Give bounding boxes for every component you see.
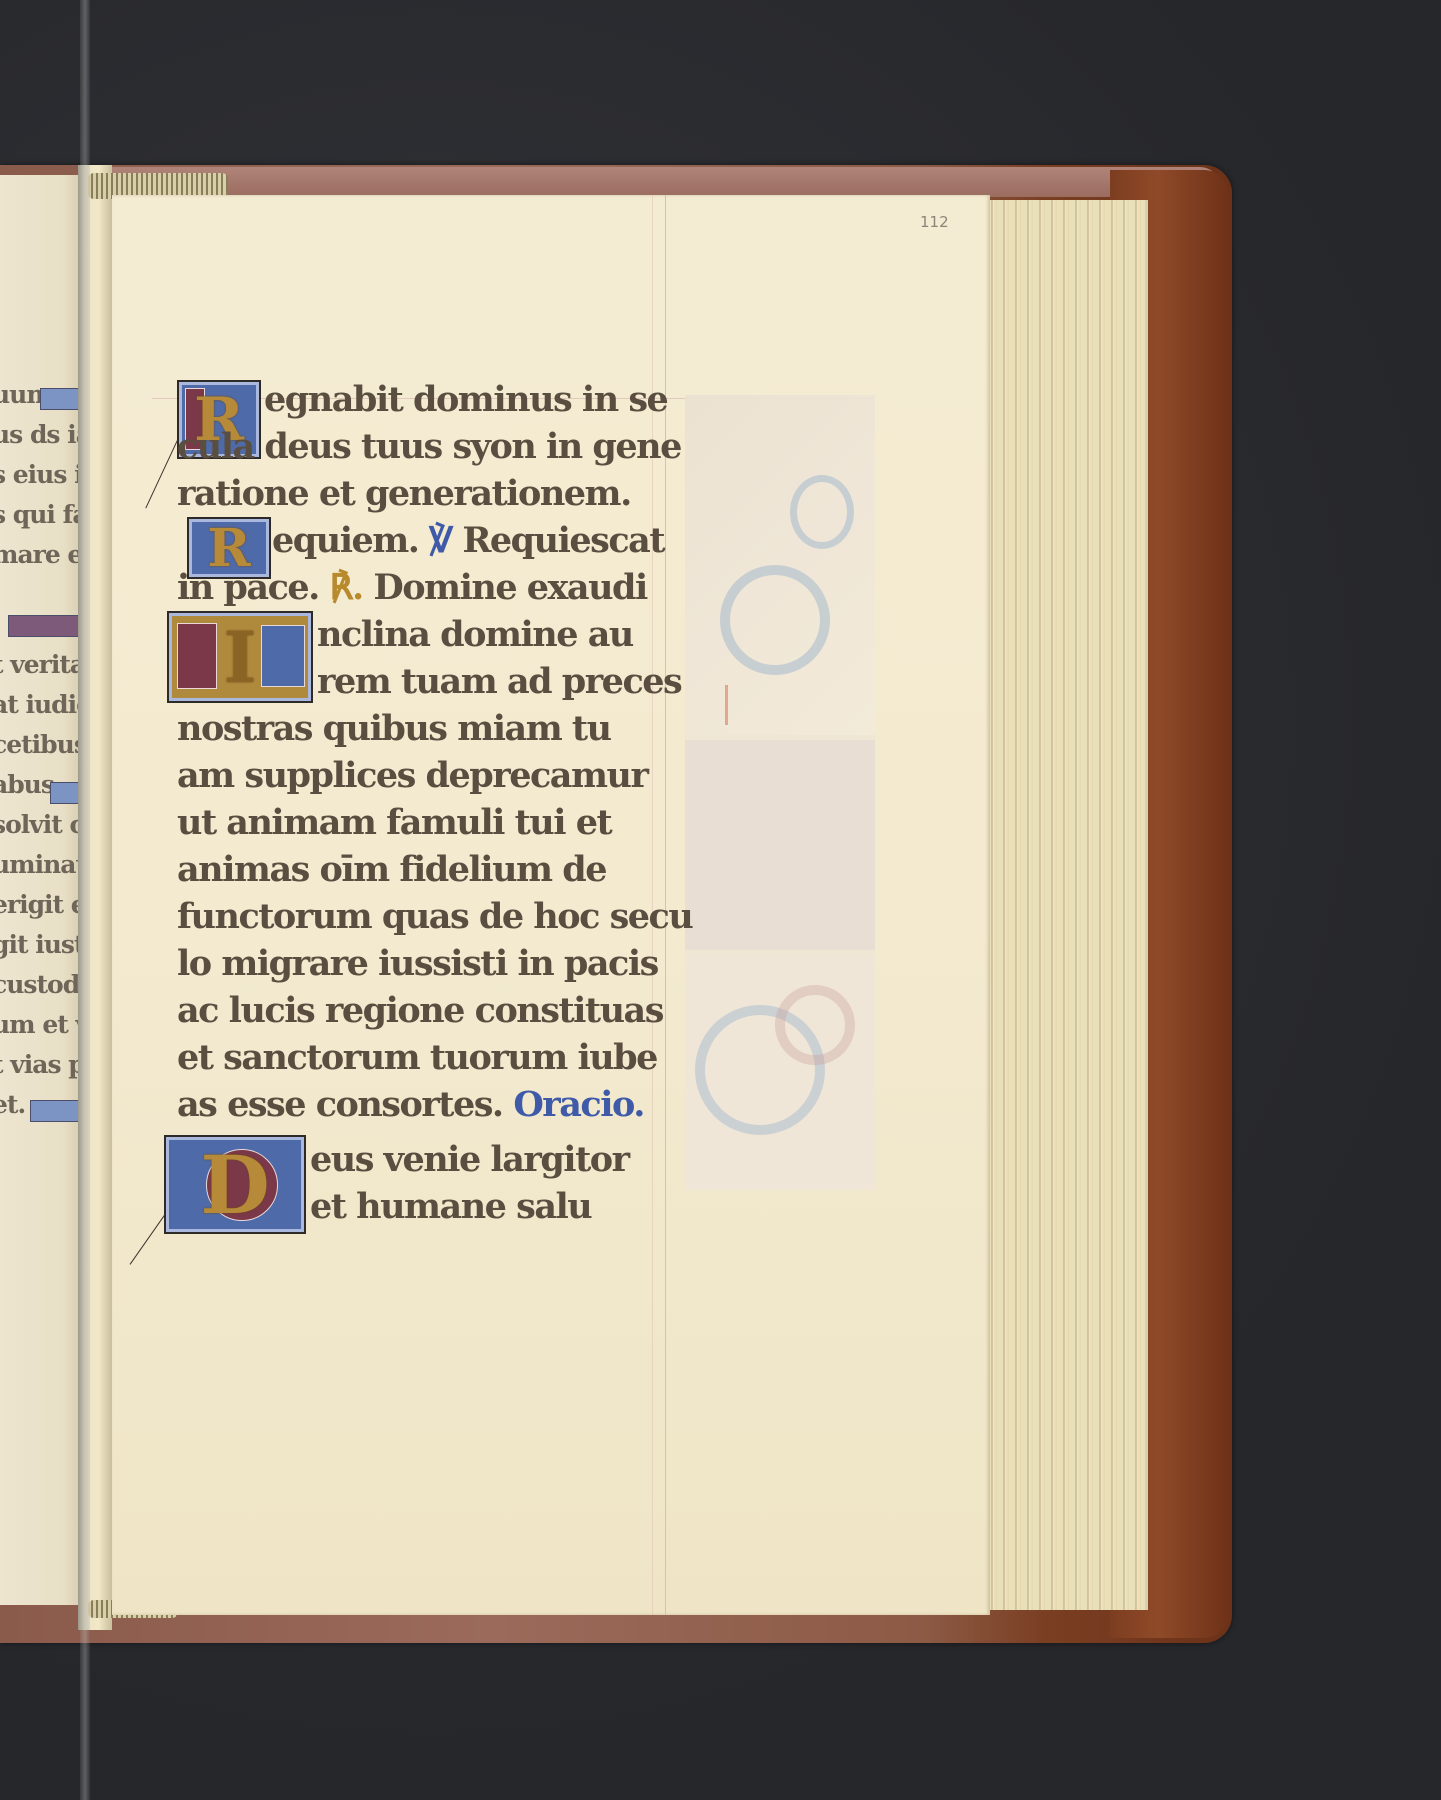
versicle-rubric: ℣ [429, 520, 451, 561]
text-segment: Requiescat [462, 520, 664, 561]
illuminated-initial-D: D [164, 1135, 306, 1234]
text-line: rem tuam ad preces [317, 662, 681, 702]
left-line-filler-decoration [8, 615, 80, 637]
text-line: lo migrare iussisti in pacis [177, 944, 658, 984]
left-text-line: cetibus d [0, 730, 90, 759]
text-line: functorum quas de hoc secu [177, 897, 692, 937]
text-line: am supplices deprecamur [177, 756, 647, 796]
pen-flourish [145, 440, 178, 508]
text-line: as esse consortes. Oracio. [177, 1085, 644, 1125]
response-rubric: ℟. [330, 567, 363, 608]
acanthus-swirl-decoration [720, 565, 830, 675]
manuscript-page: 112 R egnabit dominus in se cula deus tu… [112, 195, 990, 1615]
binding-top-rim [90, 167, 1220, 197]
acanthus-swirl-decoration [775, 985, 855, 1065]
left-line-filler-decoration [50, 782, 80, 804]
text-line: ut animam famuli tui et [177, 803, 611, 843]
left-text-line: mare et o [0, 540, 90, 569]
border-panel-section [685, 740, 875, 950]
red-mark [725, 685, 728, 725]
decorative-border-panel [685, 395, 875, 1190]
initial-letter: D [166, 1137, 304, 1232]
text-line: nostras quibus miam tu [177, 709, 611, 749]
text-line: egnabit dominus in se [264, 380, 667, 420]
text-line: equiem. ℣ Requiescat [272, 521, 664, 561]
left-text-line: erigit elis [0, 890, 90, 919]
text-line: cula deus tuus syon in gene [177, 427, 681, 467]
text-line: et humane salu [310, 1187, 591, 1227]
text-segment: Domine exaudi [373, 567, 646, 608]
left-text-line: s qui fact [0, 500, 90, 529]
illuminated-initial-I: I [167, 611, 313, 703]
text-line: nclina domine au [317, 615, 633, 655]
left-facing-page: uum. us ds iacob s eius in d s qui fact … [0, 175, 90, 1605]
left-text-line: solvit co [0, 810, 90, 839]
text-line: ac lucis regione constituas [177, 991, 663, 1031]
initial-letter: I [169, 613, 311, 701]
left-text-line: uminat ca [0, 850, 90, 879]
rubric-heading: Oracio. [513, 1084, 644, 1125]
left-line-filler-decoration [30, 1100, 80, 1122]
text-segment: equiem. [272, 520, 418, 561]
pen-flourish [130, 1215, 165, 1265]
text-line: eus venie largitor [310, 1140, 629, 1180]
text-line: ratione et generationem. [177, 474, 631, 514]
left-text-line: t vias pec [0, 1050, 90, 1079]
text-line: in pace. ℟. Domine exaudi [177, 568, 647, 608]
left-text-line: um et vidu [0, 1010, 90, 1039]
left-text-line: at iudicium [0, 690, 90, 719]
folio-number: 112 [920, 213, 949, 231]
page-block-edges [985, 200, 1148, 1610]
left-text-line: s eius in d [0, 460, 90, 489]
left-text-line: git iustos. [0, 930, 90, 959]
left-text-line: et. [0, 1090, 25, 1119]
left-text-line: t veritatem [0, 650, 90, 679]
acanthus-swirl-decoration [790, 475, 854, 549]
text-line: et sanctorum tuorum iube [177, 1038, 657, 1078]
text-segment: as esse consortes. [177, 1084, 503, 1125]
left-text-line: custodit ad [0, 970, 90, 999]
text-segment: in pace. [177, 567, 319, 608]
left-text-line: us ds iacob [0, 420, 90, 449]
text-line: animas oīm fidelium de [177, 850, 606, 890]
left-line-filler-decoration [40, 388, 80, 410]
glass-plate-edge [80, 0, 90, 1800]
